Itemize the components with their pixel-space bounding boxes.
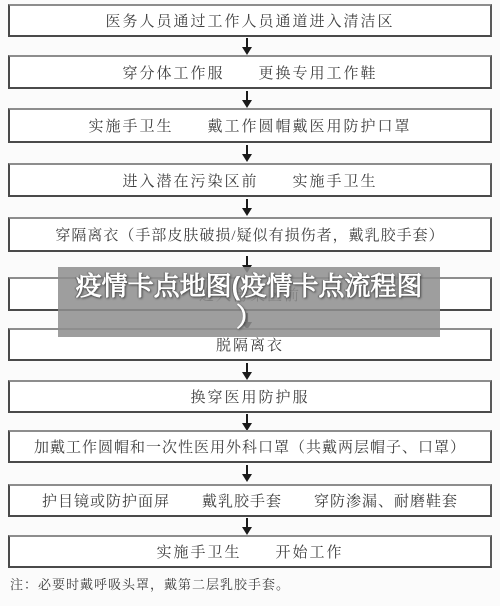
flow-step-11: 实施手卫生 开始工作: [8, 535, 492, 568]
flow-step-2: 穿分体工作服 更换专用工作鞋: [8, 55, 492, 89]
flow-step-7-label: 脱隔离衣: [216, 334, 284, 355]
flow-step-10: 护目镜或防护面屏 戴乳胶手套 穿防渗漏、耐磨鞋套: [8, 484, 492, 517]
flow-step-4-label: 进入潜在污染区前 实施手卫生: [122, 170, 377, 191]
flow-step-9-label: 加戴工作圆帽和一次性医用外科口罩（共戴两层帽子、口罩）: [34, 436, 466, 457]
flow-step-5: 穿隔离衣（手部皮肤破损/疑似有损伤者，戴乳胶手套）: [8, 217, 492, 252]
flow-step-3-label: 实施手卫生 戴工作圆帽戴医用防护口罩: [88, 115, 411, 136]
flow-step-10-label: 护目镜或防护面屏 戴乳胶手套 穿防渗漏、耐磨鞋套: [42, 490, 458, 511]
flow-step-1: 医务人员通过工作人员通道进入清洁区: [8, 4, 492, 37]
down-arrow-icon: [241, 145, 253, 162]
down-arrow-icon: [241, 414, 253, 431]
down-arrow-icon: [241, 91, 253, 108]
down-arrow-icon: [241, 465, 253, 482]
flow-step-9: 加戴工作圆帽和一次性医用外科口罩（共戴两层帽子、口罩）: [8, 430, 492, 463]
flow-step-5-label: 穿隔离衣（手部皮肤破损/疑似有损伤者，戴乳胶手套）: [55, 224, 444, 245]
watermark-title: 疫情卡点地图(疫情卡点流程图: [58, 270, 440, 302]
down-arrow-icon: [241, 199, 253, 216]
watermark-title-line2: ）: [58, 302, 440, 332]
footnote: 注：必要时戴呼吸头罩，戴第二层乳胶手套。: [10, 574, 290, 593]
down-arrow-icon: [241, 38, 253, 55]
down-arrow-icon: [241, 363, 253, 380]
flow-step-3: 实施手卫生 戴工作圆帽戴医用防护口罩: [8, 108, 492, 143]
down-arrow-icon: [241, 518, 253, 535]
flow-step-8-label: 换穿医用防护服: [190, 386, 309, 407]
flow-step-2-label: 穿分体工作服 更换专用工作鞋: [122, 62, 377, 83]
flow-step-11-label: 实施手卫生 开始工作: [156, 541, 343, 562]
flow-step-8: 换穿医用防护服: [8, 380, 492, 413]
flow-step-1-label: 医务人员通过工作人员通道进入清洁区: [105, 10, 394, 31]
watermark-overlay: 疫情卡点地图(疫情卡点流程图 ）: [58, 267, 440, 337]
flow-step-4: 进入潜在污染区前 实施手卫生: [8, 163, 492, 197]
flowchart-canvas: 医务人员通过工作人员通道进入清洁区 穿分体工作服 更换专用工作鞋 实施手卫生 戴…: [0, 0, 500, 606]
